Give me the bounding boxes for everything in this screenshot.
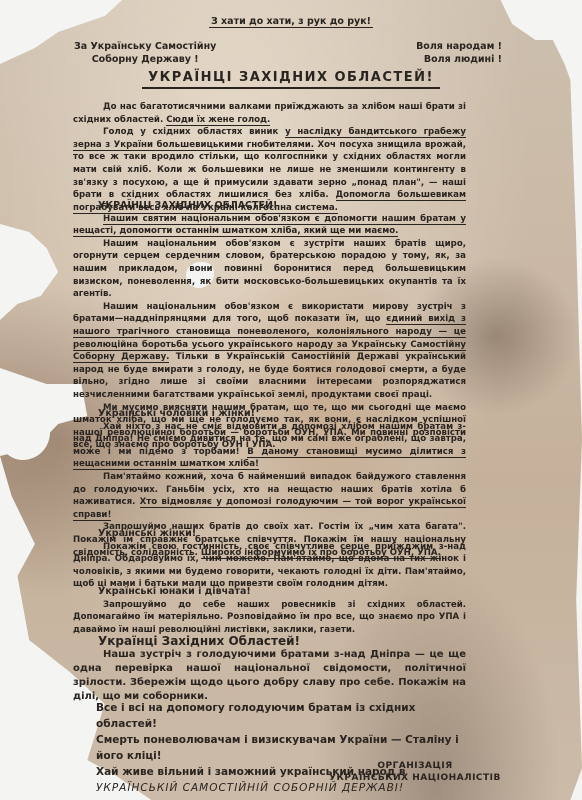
paragraph: Наша зустріч з голодуючими братами з-над… xyxy=(73,648,466,704)
section-heading: Українські жінки! xyxy=(98,528,466,541)
signature: ОРГАНІЗАЦІЯ УКРАЇНСЬКИХ НАЦІОНАЛІСТІВ xyxy=(320,760,510,784)
paragraph: Пам'ятаймо кожний, хоча б найменший випа… xyxy=(73,471,466,521)
paragraph: Нашим національним обов'язком є зустріти… xyxy=(73,238,466,301)
section-heading: УКРАЇНЦІ ЗАХІДНИХ ОБЛАСТЕЙ! xyxy=(98,200,466,213)
slogan-left: За Українську Самостійну Соборну Державу… xyxy=(74,40,216,66)
slogan-right: Воля народам ! Воля людині ! xyxy=(416,40,502,66)
motto: З хати до хати, з рук до рук! xyxy=(0,16,582,27)
body-block-4: Українські жінки! Покажім свою гостинніс… xyxy=(73,528,466,591)
section-heading: Українці Західних Областей! xyxy=(98,634,466,648)
paragraph: До нас багатотисячними валками приїжджаю… xyxy=(73,101,466,126)
body-block-1: До нас багатотисячними валками приїжджаю… xyxy=(73,101,466,214)
paragraph: Нашим святим національним обов'язком є д… xyxy=(73,213,466,238)
paragraph: Хай ніхто з нас не сміє відмовити в допо… xyxy=(73,421,466,471)
leaflet: З хати до хати, з рук до рук! За Українс… xyxy=(0,0,582,800)
main-title: УКРАЇНЦІ ЗАХІДНИХ ОБЛАСТЕЙ! xyxy=(0,70,582,85)
body-block-5: Українські юнаки і дівчата! Запрошуймо д… xyxy=(73,586,466,636)
section-heading: Українські юнаки і дівчата! xyxy=(98,586,466,599)
section-heading: Українські чоловіки і жінки! xyxy=(98,408,466,421)
body-block-6: Українці Західних Областей! Наша зустріч… xyxy=(73,634,466,704)
paragraph: Запрошуймо до себе наших ровесників зі с… xyxy=(73,599,466,637)
paragraph: Нашим національним обов'язком є використ… xyxy=(73,301,466,402)
paragraph: Покажім свою гостинність, своє співчутли… xyxy=(73,541,466,591)
